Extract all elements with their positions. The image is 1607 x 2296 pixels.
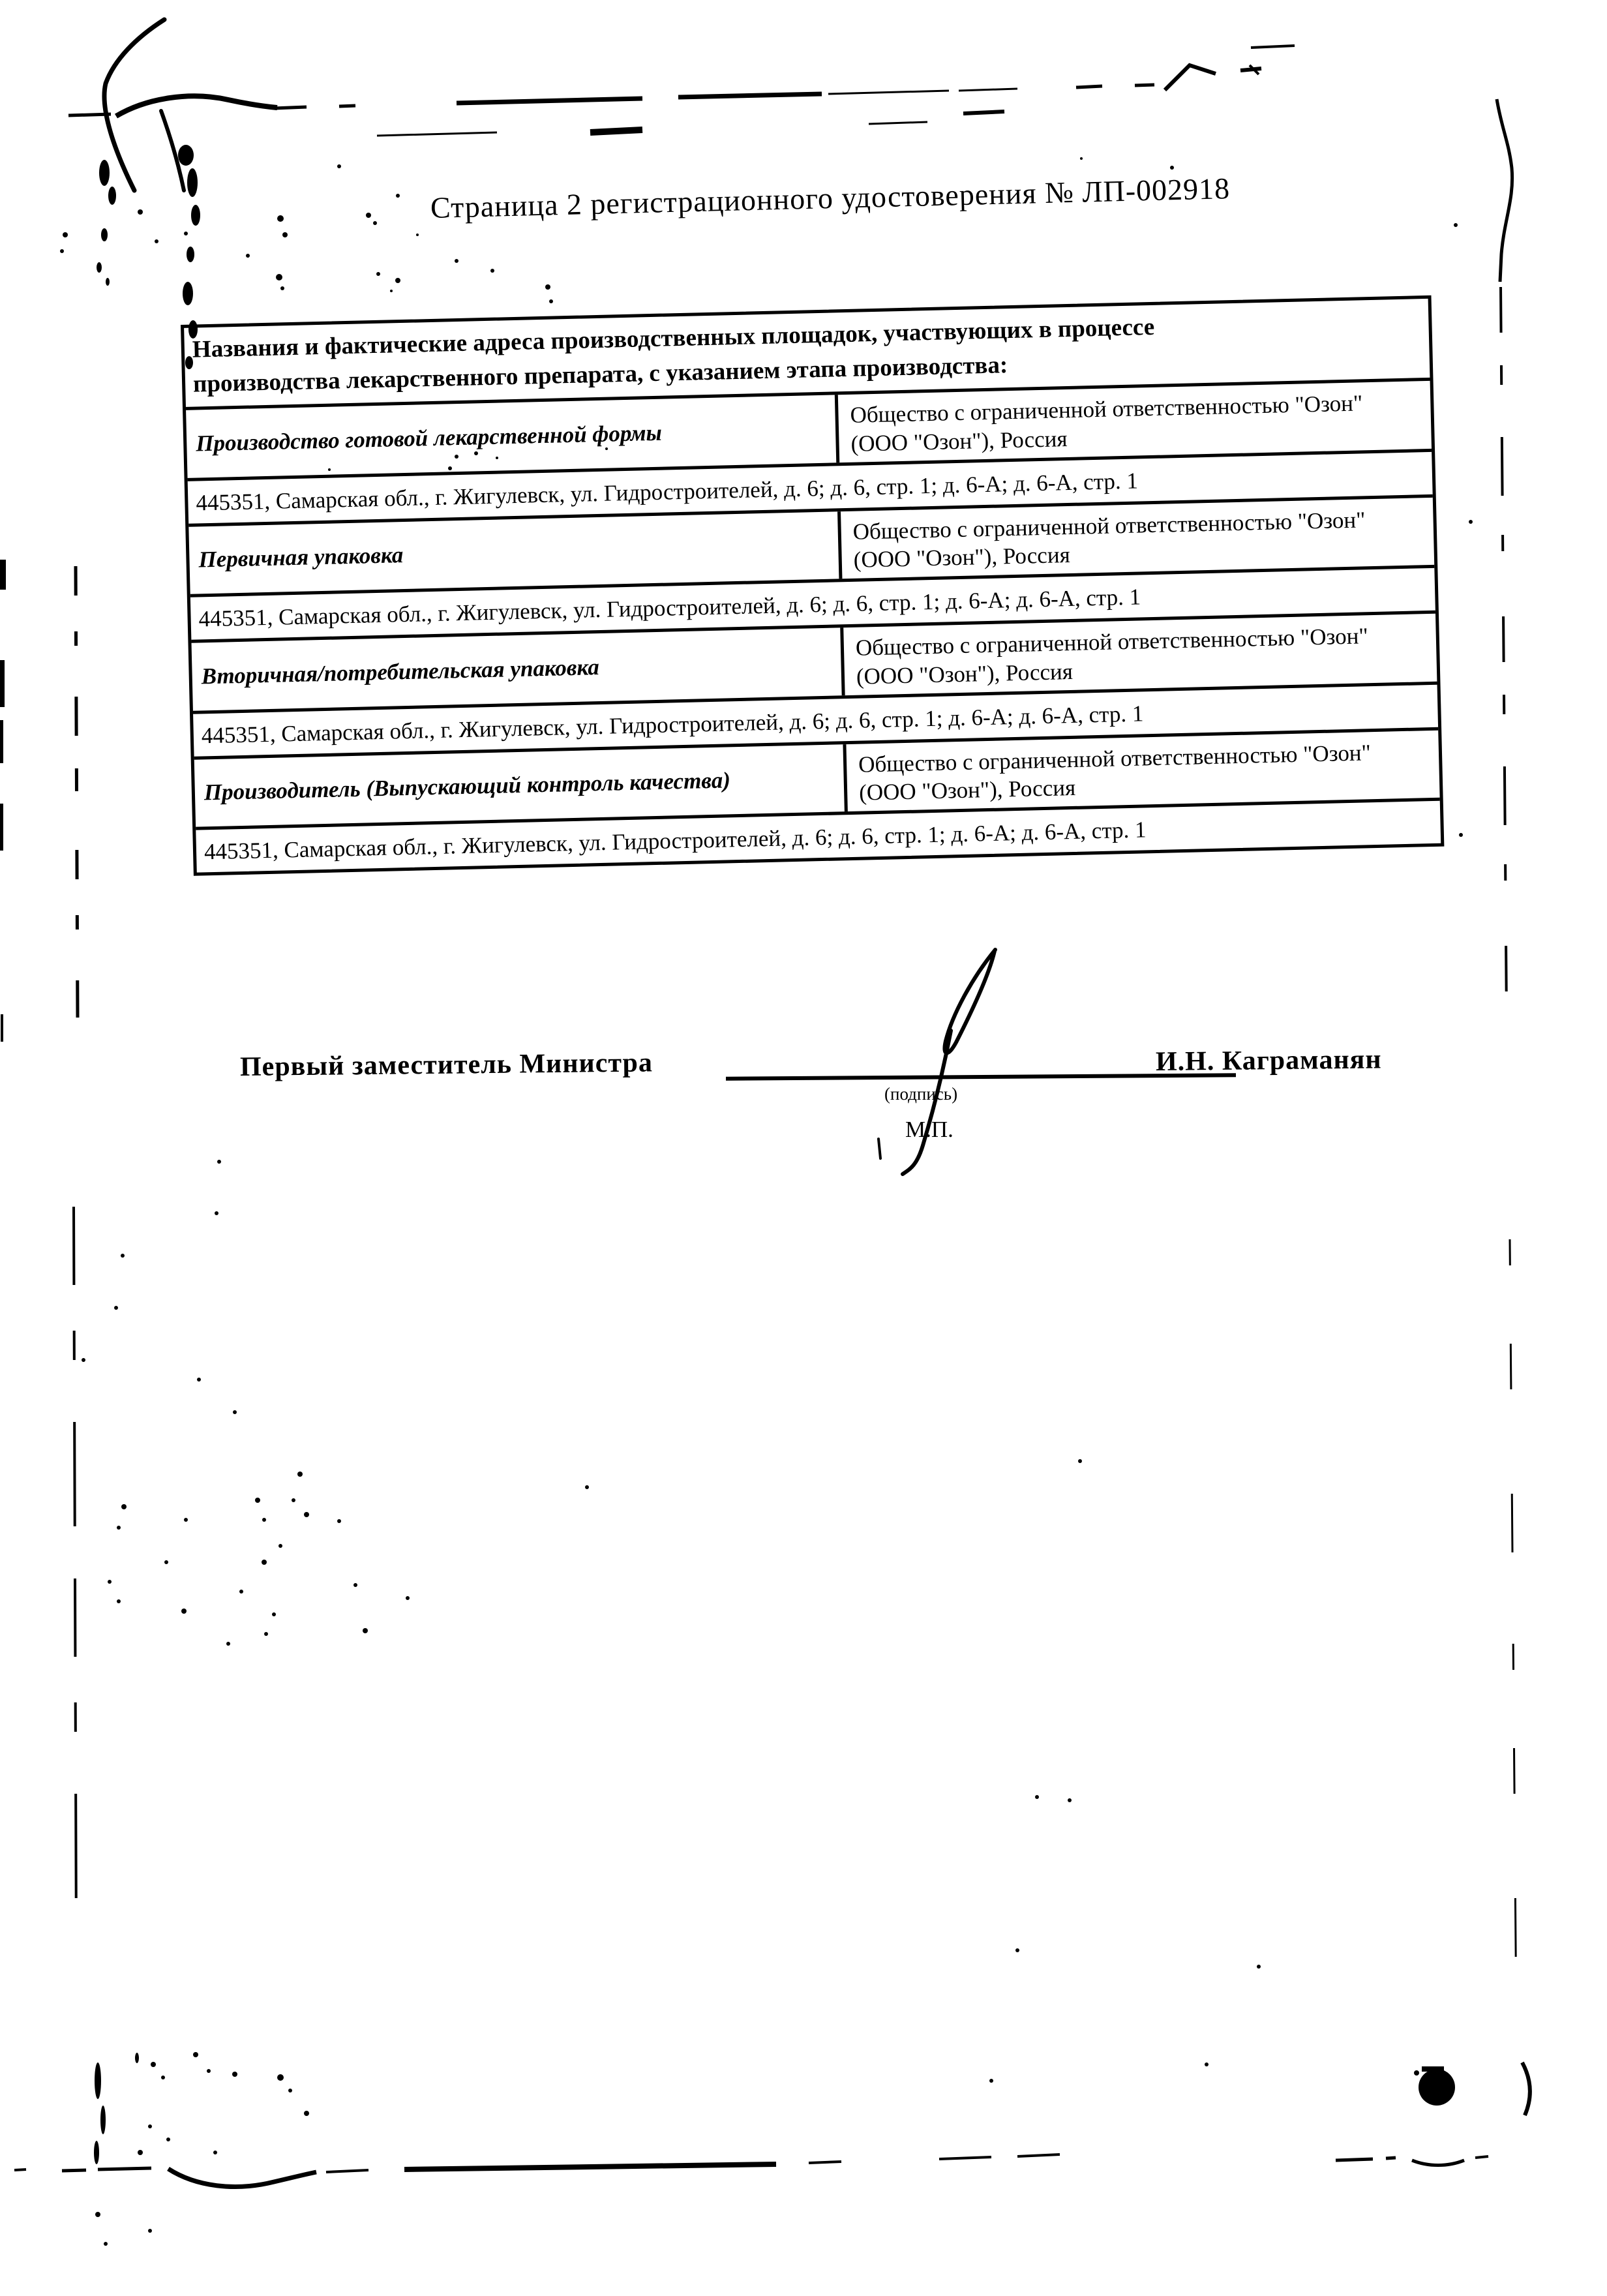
stamp-place-label: М.П. xyxy=(905,1117,954,1143)
page-edge-line-right xyxy=(1497,99,1530,2115)
production-stage-label: Первичная упаковка xyxy=(198,542,404,573)
page-title: Страница 2 регистрационного удостоверени… xyxy=(430,171,1230,225)
production-stage-label: Производство готовой лекарственной формы xyxy=(196,419,662,457)
scan-line-bottom xyxy=(14,2154,1488,2186)
pen-stroke-artifact xyxy=(104,20,184,190)
signature-caption: (подпись) xyxy=(884,1084,957,1104)
production-stage-label: Вторичная/потребительская упаковка xyxy=(201,654,599,690)
scanned-document-page: Страница 2 регистрационного удостоверени… xyxy=(0,0,1607,2296)
scan-noise-specks xyxy=(94,1795,1261,2246)
ink-dot xyxy=(1414,2066,1455,2106)
signatory-position-label: Первый заместитель Министра xyxy=(240,1047,653,1083)
edge-bar-artifact xyxy=(0,560,6,1042)
production-sites-table: Названия и фактические адреса производст… xyxy=(181,295,1444,876)
production-stage-label: Производитель (Выпускающий контроль каче… xyxy=(203,768,730,806)
scan-line-top xyxy=(68,46,1295,136)
page-edge-line-left xyxy=(74,566,78,1950)
signatory-name: И.Н. Каграманян xyxy=(1156,1044,1382,1078)
scan-noise-specks xyxy=(82,1160,1082,1646)
